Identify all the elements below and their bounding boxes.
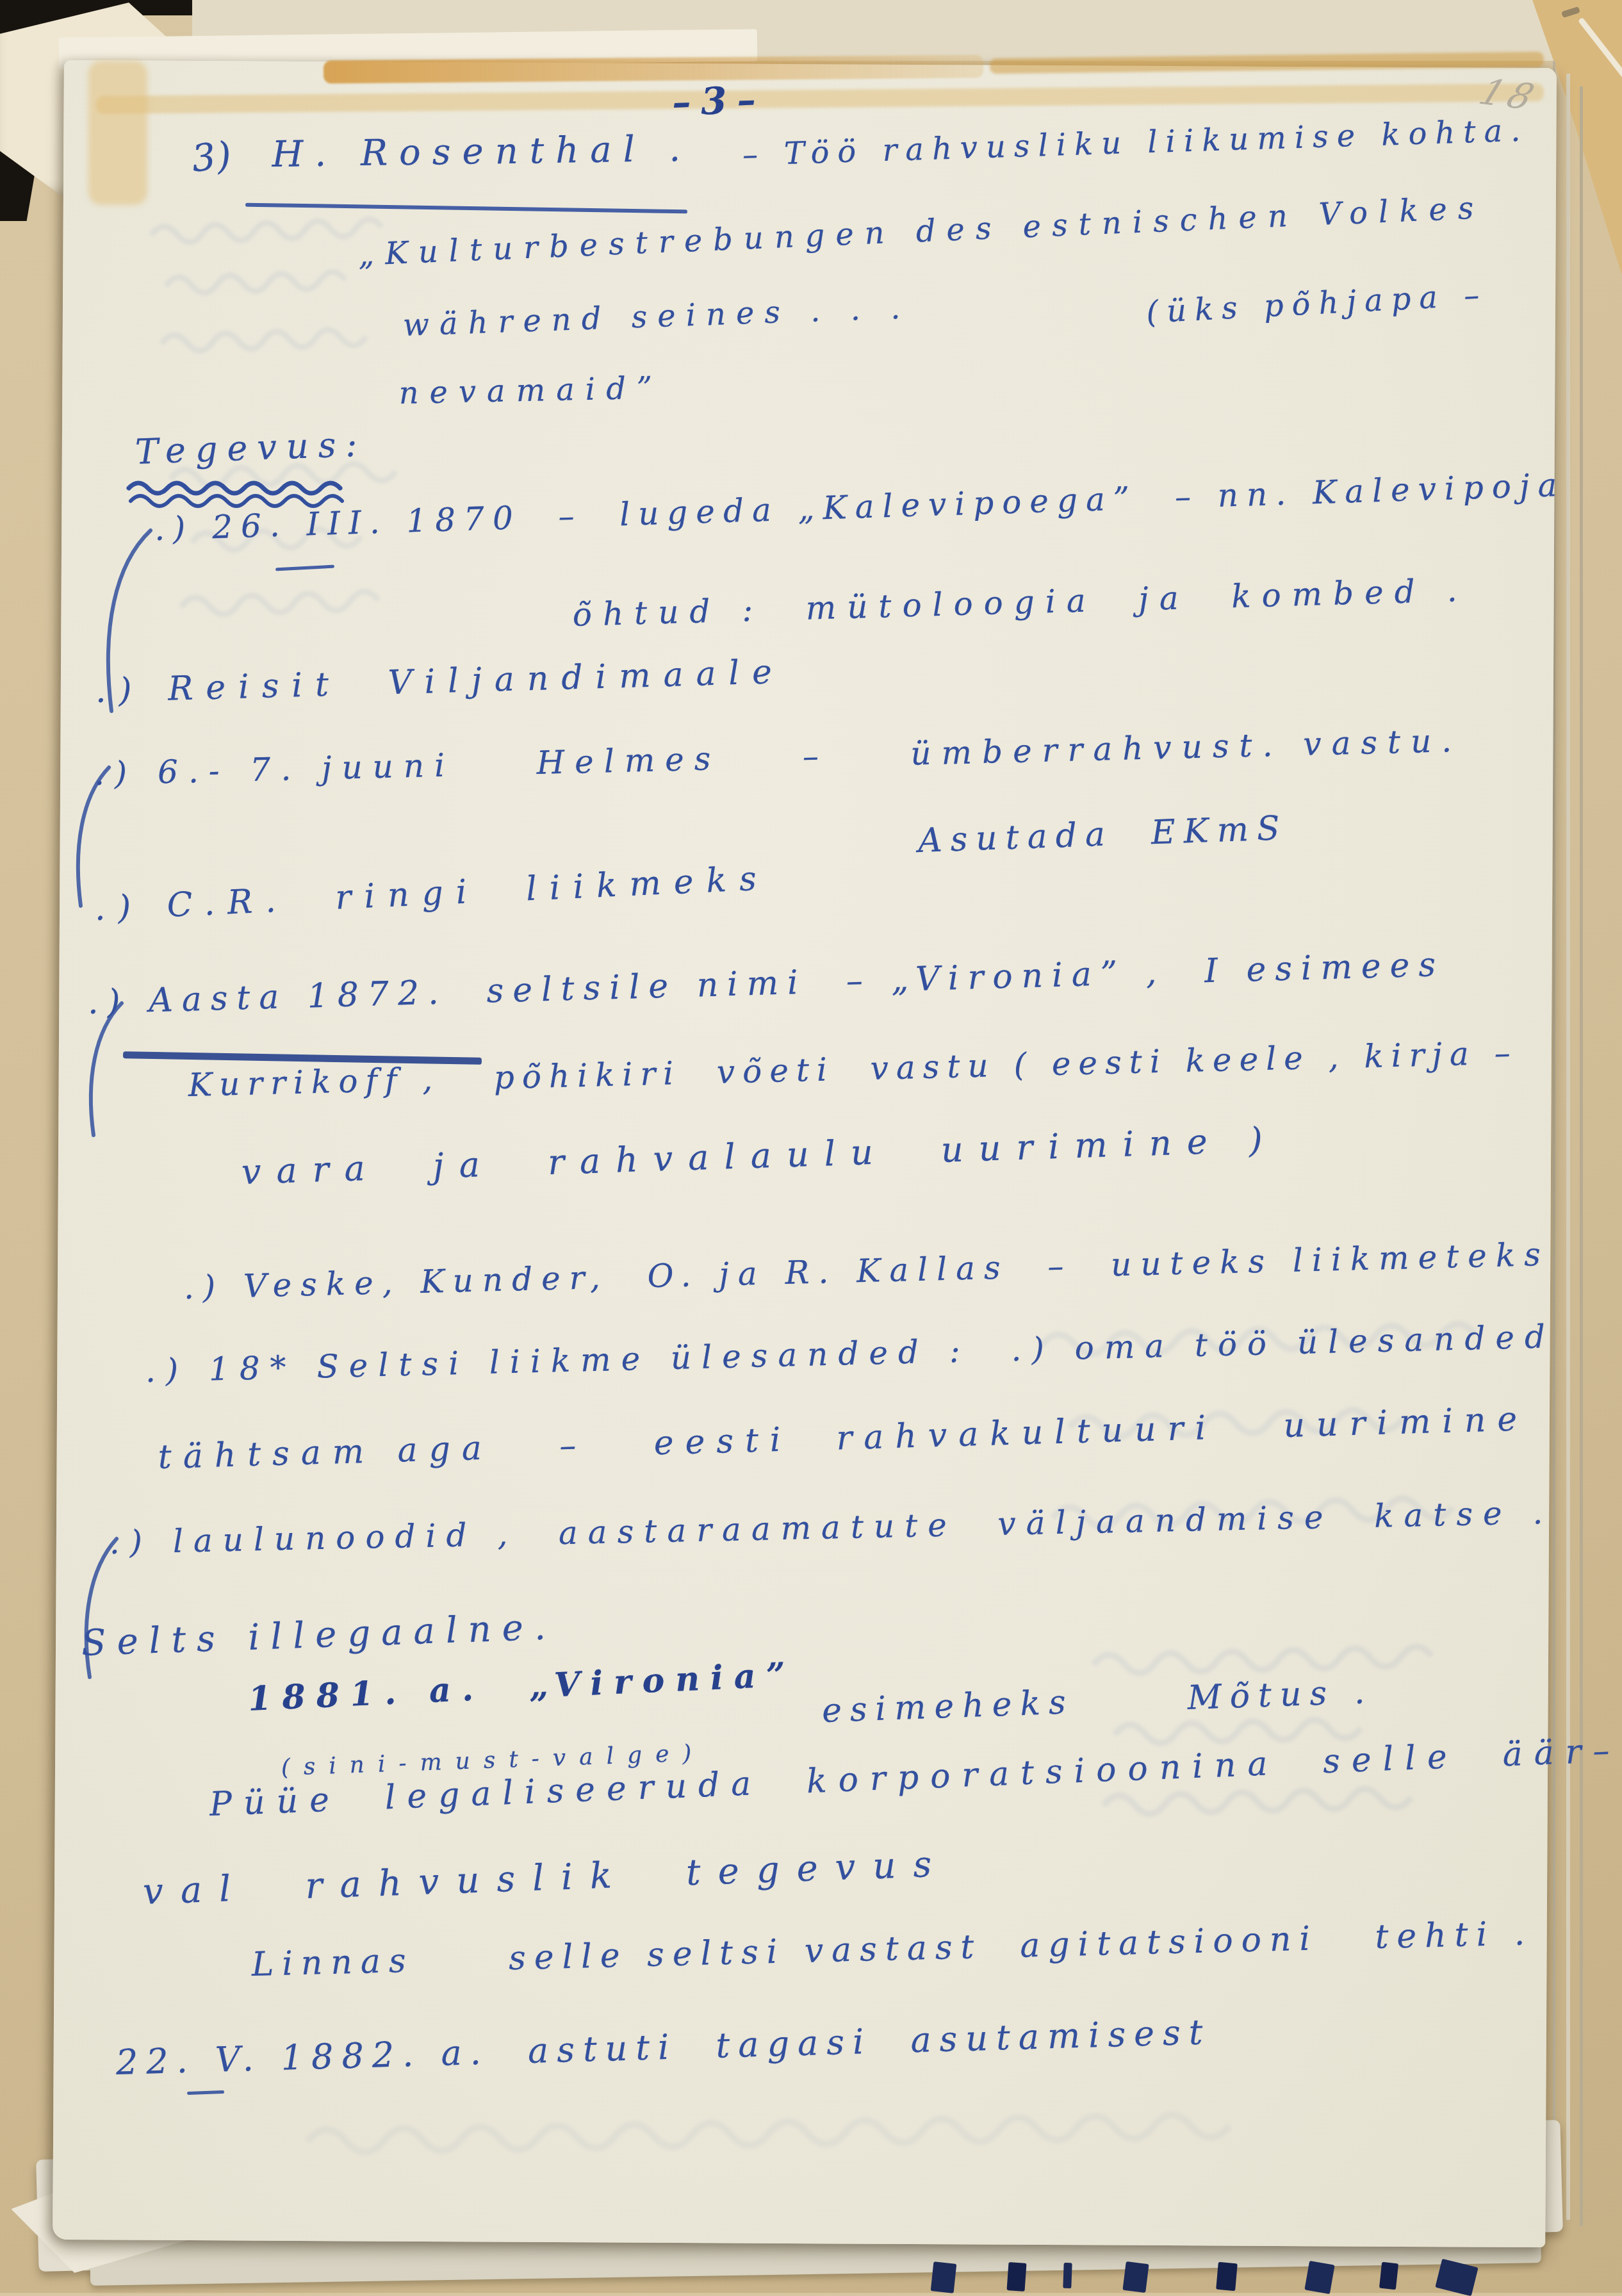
ink-stroke xyxy=(1379,2262,1398,2290)
ink-bleed-ghost xyxy=(144,201,420,402)
ink-stroke xyxy=(1435,2259,1478,2293)
ink-bleed-ghost xyxy=(1086,1621,1527,1844)
section-heading-tegevus: Tegevus: xyxy=(135,423,368,473)
next-page-ink-strokes xyxy=(932,2263,1541,2293)
ink-stroke xyxy=(931,2261,957,2293)
page-stack-edge-3 xyxy=(1580,86,1583,2226)
page-number-line: –3– xyxy=(671,78,767,126)
ink-stroke xyxy=(1304,2261,1334,2293)
item-number: 3) xyxy=(190,133,234,181)
ink-stroke xyxy=(1063,2263,1072,2288)
note-parenthetical-2: nevamaid” xyxy=(398,370,664,412)
ink-stroke xyxy=(1006,2262,1026,2292)
ink-stroke xyxy=(1216,2262,1238,2291)
ink-bleed-ghost xyxy=(300,2080,1263,2193)
author-name: H. Rosenthal . xyxy=(272,127,692,176)
page-stack-edge-2 xyxy=(1566,74,1570,2220)
ink-stroke xyxy=(1122,2261,1149,2293)
